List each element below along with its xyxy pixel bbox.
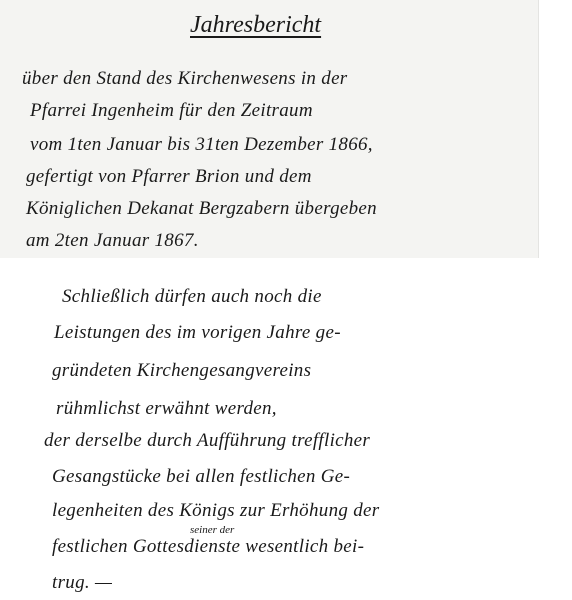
text-line: über den Stand des Kirchenwesens in der xyxy=(22,68,348,90)
lower-document-fragment: Schließlich dürfen auch noch die Leistun… xyxy=(0,258,572,600)
text-line: gründeten Kirchengesangvereins xyxy=(52,360,311,382)
document-title: Jahresbericht xyxy=(190,12,321,39)
text-line: der derselbe durch Aufführung treffliche… xyxy=(44,430,370,452)
text-line: rühmlichst erwähnt werden, xyxy=(56,398,277,420)
text-line: am 2ten Januar 1867. xyxy=(26,230,199,252)
text-line: Leistungen des im vorigen Jahre ge- xyxy=(54,322,341,344)
text-line: trug. — xyxy=(52,572,112,594)
text-line: gefertigt von Pfarrer Brion und dem xyxy=(26,166,312,188)
text-line: legenheiten des Königs zur Erhöhung der xyxy=(52,500,379,522)
text-line: vom 1ten Januar bis 31ten Dezember 1866, xyxy=(30,134,373,156)
text-line: Königlichen Dekanat Bergzabern übergeben xyxy=(26,198,377,220)
text-line: Schließlich dürfen auch noch die xyxy=(62,286,322,308)
text-line: Pfarrei Ingenheim für den Zeitraum xyxy=(30,100,313,122)
text-line: festlichen Gottesdienste wesentlich bei- xyxy=(52,536,364,558)
interlinear-insertion: seiner der xyxy=(190,524,234,536)
upper-document-fragment: Jahresbericht über den Stand des Kirchen… xyxy=(0,0,539,258)
text-line: Gesangstücke bei allen festlichen Ge- xyxy=(52,466,350,488)
